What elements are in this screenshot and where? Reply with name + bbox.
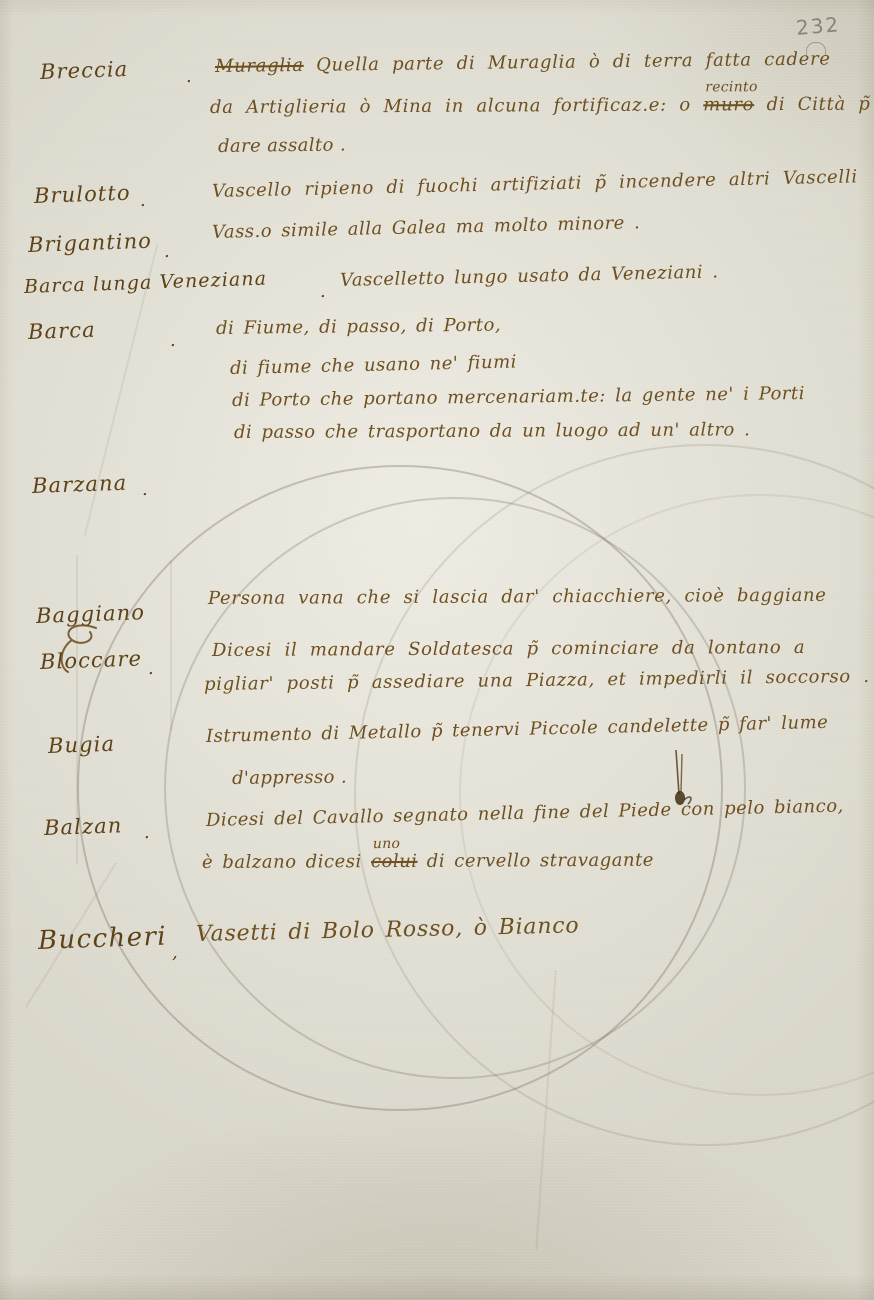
correction: unocolui xyxy=(371,851,418,872)
headword-breccia: Breccia xyxy=(40,57,129,84)
definition-line: pigliar' posti p̃ assediare una Piazza, … xyxy=(204,666,870,695)
definition-line: Dicesi del Cavallo segnato nella fine de… xyxy=(206,796,844,831)
definition-text: è balzano dicesi xyxy=(202,851,362,873)
definition-line: Vascelletto lungo usato da Veneziani . xyxy=(340,261,719,291)
headword-barca: Barca xyxy=(28,318,97,344)
separator-dot: . xyxy=(144,822,150,843)
headword-barca-lunga: Barca lunga Veneziana xyxy=(24,268,268,298)
definition-line: è balzano dicesi unocolui di cervello st… xyxy=(202,850,654,873)
headword-barzana: Barzana xyxy=(32,471,128,498)
struck-word: colui xyxy=(371,851,418,872)
definition-line: di passo che trasportano da un luogo ad … xyxy=(234,419,750,443)
definition-line: Vasetti di Bolo Rosso, ò Bianco xyxy=(196,913,580,947)
page-number: 232 xyxy=(795,12,841,40)
definition-line: Dicesi il mandare Soldatesca p̃ comincia… xyxy=(212,637,805,661)
definition-line: di Fiume, di passo, di Porto, xyxy=(216,315,501,339)
separator-dot: . xyxy=(142,479,148,500)
separator-dot: . xyxy=(148,658,154,679)
definition-text: di cervello stravagante xyxy=(427,850,654,872)
inserted-word: uno xyxy=(373,836,400,852)
definition-line: Vass.o simile alla Galea ma molto minore… xyxy=(212,212,641,243)
definition-line: Persona vana che si lascia dar' chiacchi… xyxy=(208,585,827,609)
separator-dot: . xyxy=(186,66,192,87)
definition-line: di fiume che usano ne' fiumi xyxy=(230,351,517,379)
struck-word: muro xyxy=(703,94,754,115)
definition-text: da Artiglieria ò Mina in alcuna fortific… xyxy=(210,94,691,118)
separator-dot: . xyxy=(164,241,170,262)
headword-bloccare: Bloccare xyxy=(40,646,143,674)
headword-buccheri: Buccheri xyxy=(37,922,167,956)
headword-balzan: Balzan xyxy=(44,813,123,840)
correction: recintomuro xyxy=(703,94,754,115)
manuscript-page: 232 Breccia . Muraglia Quella parte di M… xyxy=(0,0,874,1300)
definition-line: Vascello ripieno di fuochi artifiziati p… xyxy=(212,166,858,202)
definition-text: di Città p̃ xyxy=(767,94,871,116)
definition-line: di Porto che portano mercenariam.te: la … xyxy=(232,383,805,411)
definition-line: Istrumento di Metallo p̃ tenervi Piccole… xyxy=(206,712,829,747)
definition-line: da Artiglieria ò Mina in alcuna fortific… xyxy=(210,94,871,118)
definition-text: Quella parte di Muraglia ò di terra fatt… xyxy=(316,48,831,75)
definition-line: Muraglia Quella parte di Muraglia ò di t… xyxy=(215,48,831,77)
separator-dot: . xyxy=(320,281,326,302)
separator-dot: . xyxy=(170,330,176,351)
separator-dot: . xyxy=(140,190,146,211)
headword-brulotto: Brulotto xyxy=(34,181,131,208)
definition-line: dare assalto . xyxy=(218,134,346,157)
separator-comma: , xyxy=(172,942,178,963)
headword-bugia: Bugia xyxy=(48,732,116,758)
headword-brigantino: Brigantino xyxy=(28,229,153,257)
struck-word: Muraglia xyxy=(215,55,304,77)
margin-guide-line xyxy=(170,560,172,730)
inserted-word: recinto xyxy=(705,79,758,95)
paper-crease xyxy=(535,970,557,1249)
definition-line: d'appresso . xyxy=(232,767,347,789)
